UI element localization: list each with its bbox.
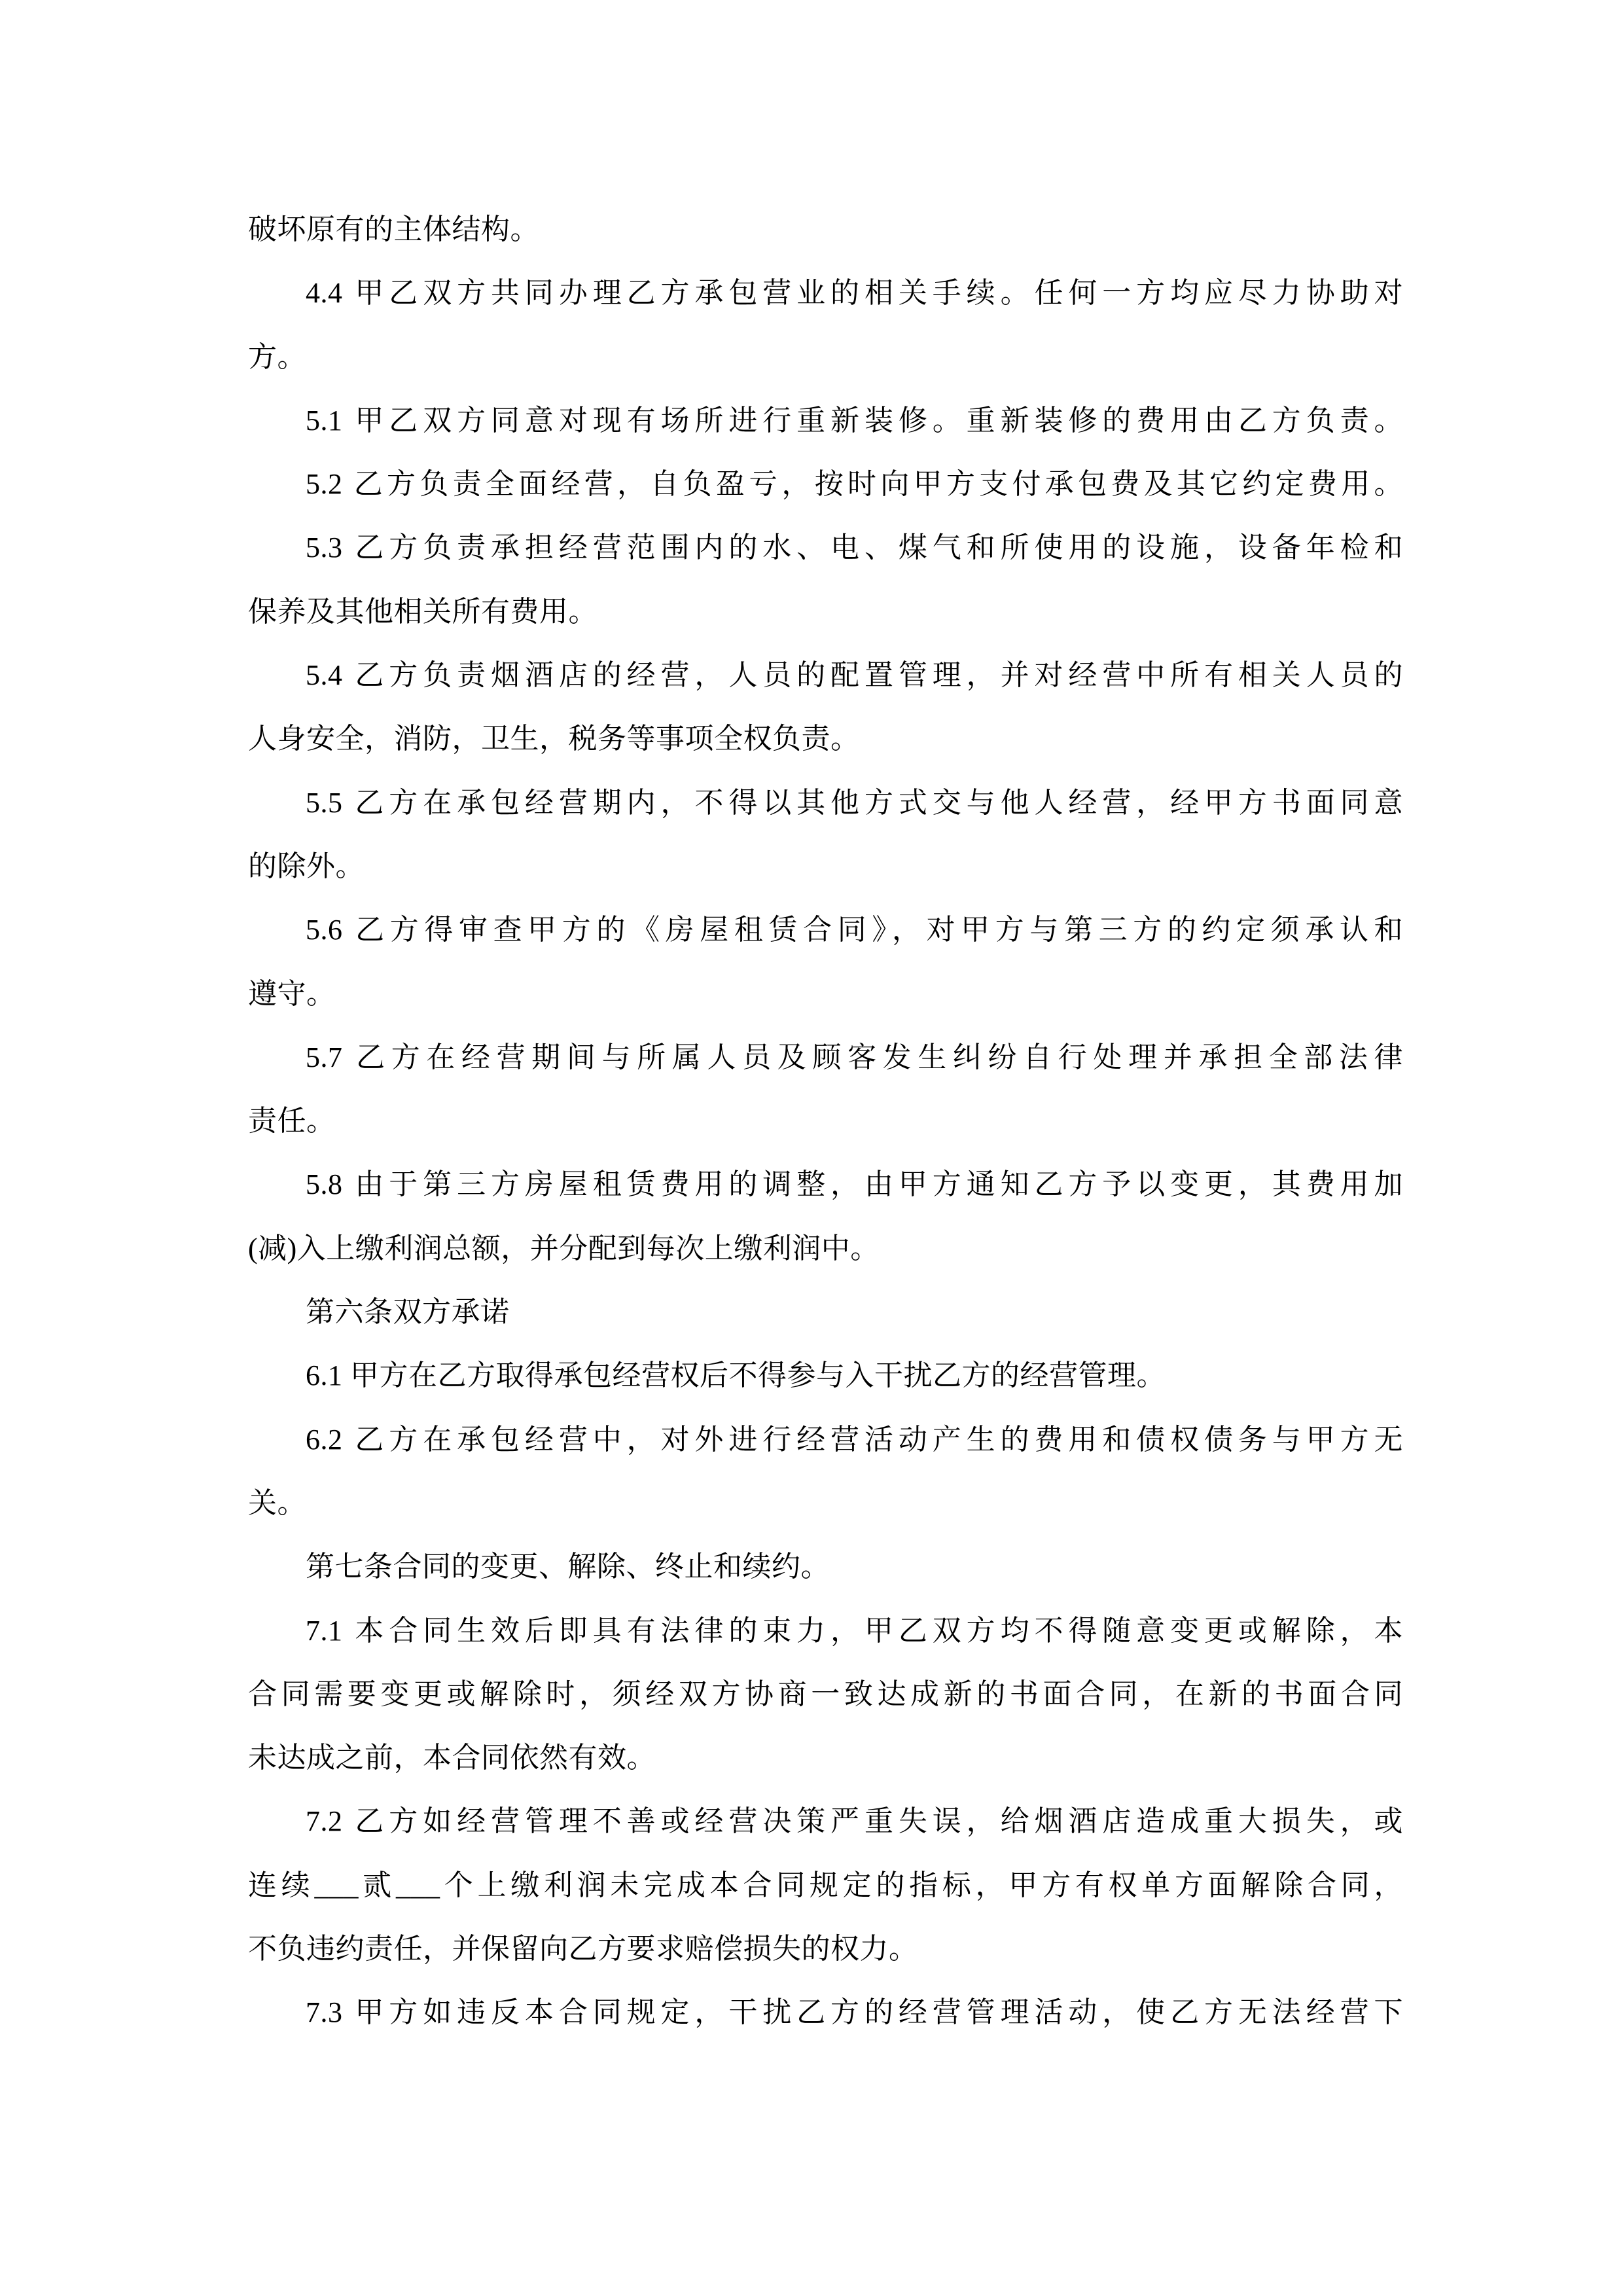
text-line: 第七条合同的变更、解除、终止和续约。 — [248, 1535, 1403, 1598]
text-line: 5.3 乙方负责承担经营范围内的水、电、煤气和所使用的设施，设备年检和 — [248, 516, 1403, 579]
text-line: 责任。 — [248, 1089, 1403, 1153]
text-line: 人身安全，消防，卫生，税务等事项全权负责。 — [248, 707, 1403, 770]
text-line: 未达成之前，本合同依然有效。 — [248, 1726, 1403, 1789]
contract-page: 破坏原有的主体结构。4.4 甲乙双方共同办理乙方承包营业的相关手续。任何一方均应… — [0, 0, 1623, 2296]
text-line: 4.4 甲乙双方共同办理乙方承包营业的相关手续。任何一方均应尽力协助对 — [248, 261, 1403, 325]
text-line: 第六条双方承诺 — [248, 1280, 1403, 1344]
text-line: 的除外。 — [248, 834, 1403, 898]
text-line: 方。 — [248, 325, 1403, 389]
text-line: 不负违约责任，并保留向乙方要求赔偿损失的权力。 — [248, 1917, 1403, 1981]
text-line: 破坏原有的主体结构。 — [248, 198, 1403, 261]
text-line: 6.2 乙方在承包经营中，对外进行经营活动产生的费用和债权债务与甲方无 — [248, 1408, 1403, 1471]
text-line: 5.4 乙方负责烟酒店的经营，人员的配置管理，并对经营中所有相关人员的 — [248, 643, 1403, 707]
text-line: 7.2 乙方如经营管理不善或经营决策严重失误，给烟酒店造成重大损失，或 — [248, 1789, 1403, 1853]
text-line: 遵守。 — [248, 962, 1403, 1026]
document-body: 破坏原有的主体结构。4.4 甲乙双方共同办理乙方承包营业的相关手续。任何一方均应… — [248, 198, 1403, 2045]
text-line: 5.2 乙方负责全面经营，自负盈亏，按时向甲方支付承包费及其它约定费用。 — [248, 452, 1403, 516]
text-line: 5.7 乙方在经营期间与所属人员及顾客发生纠纷自行处理并承担全部法律 — [248, 1026, 1403, 1089]
text-line: 关。 — [248, 1471, 1403, 1535]
text-line: 7.3 甲方如违反本合同规定，干扰乙方的经营管理活动，使乙方无法经营下 — [248, 1981, 1403, 2044]
text-line: 5.6 乙方得审查甲方的《房屋租赁合同》，对甲方与第三方的约定须承认和 — [248, 898, 1403, 961]
text-line: (减)入上缴利润总额，并分配到每次上缴利润中。 — [248, 1217, 1403, 1280]
text-line: 7.1 本合同生效后即具有法律的束力，甲乙双方均不得随意变更或解除，本 — [248, 1599, 1403, 1662]
text-line: 5.8 由于第三方房屋租赁费用的调整，由甲方通知乙方予以变更，其费用加 — [248, 1153, 1403, 1216]
text-line: 5.1 甲乙双方同意对现有场所进行重新装修。重新装修的费用由乙方负责。 — [248, 389, 1403, 452]
text-line: 连续___贰___个上缴利润未完成本合同规定的指标，甲方有权单方面解除合同， — [248, 1854, 1403, 1917]
text-line: 5.5 乙方在承包经营期内，不得以其他方式交与他人经营，经甲方书面同意 — [248, 771, 1403, 834]
text-line: 6.1 甲方在乙方取得承包经营权后不得参与入干扰乙方的经营管理。 — [248, 1344, 1403, 1407]
text-line: 合同需要变更或解除时，须经双方协商一致达成新的书面合同，在新的书面合同 — [248, 1662, 1403, 1726]
text-line: 保养及其他相关所有费用。 — [248, 580, 1403, 643]
